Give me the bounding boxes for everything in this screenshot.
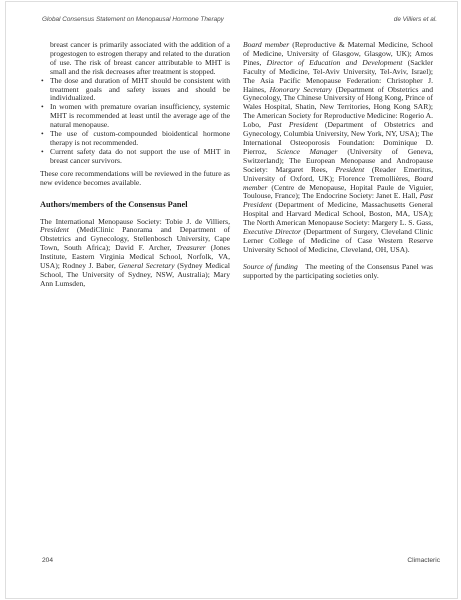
list-item: The use of custom-compounded bioidentica…: [40, 130, 230, 148]
list-item: In women with premature ovarian insuffic…: [40, 103, 230, 130]
running-head-authors: de Villiers et al.: [394, 16, 437, 24]
running-head: Global Consensus Statement on Menopausal…: [42, 16, 437, 24]
page-number: 204: [42, 557, 53, 565]
bullet-continuation-paragraph: breast cancer is primarily associated wi…: [50, 41, 230, 77]
list-item: The dose and duration of MHT should be c…: [40, 77, 230, 104]
page-footer: 204 Climacteric: [42, 557, 440, 565]
section-heading: Authors/members of the Consensus Panel: [40, 200, 230, 210]
running-head-title: Global Consensus Statement on Menopausal…: [42, 16, 224, 24]
recommendations-list: The dose and duration of MHT should be c…: [40, 77, 230, 166]
body-columns: breast cancer is primarily associated wi…: [40, 41, 434, 289]
left-column: breast cancer is primarily associated wi…: [40, 41, 230, 289]
closing-paragraph: These core recommendations will be revie…: [40, 170, 230, 188]
right-column: Board member (Reproductive & Maternal Me…: [243, 41, 433, 289]
list-item: Current safety data do not support the u…: [40, 148, 230, 166]
panel-paragraph-right: Board member (Reproductive & Maternal Me…: [243, 41, 433, 255]
panel-paragraph-left: The International Menopause Society: Tob…: [40, 218, 230, 289]
paper-page: Global Consensus Statement on Menopausal…: [0, 0, 461, 600]
journal-name: Climacteric: [407, 557, 440, 565]
funding-paragraph: Source of funding The meeting of the Con…: [243, 263, 433, 281]
